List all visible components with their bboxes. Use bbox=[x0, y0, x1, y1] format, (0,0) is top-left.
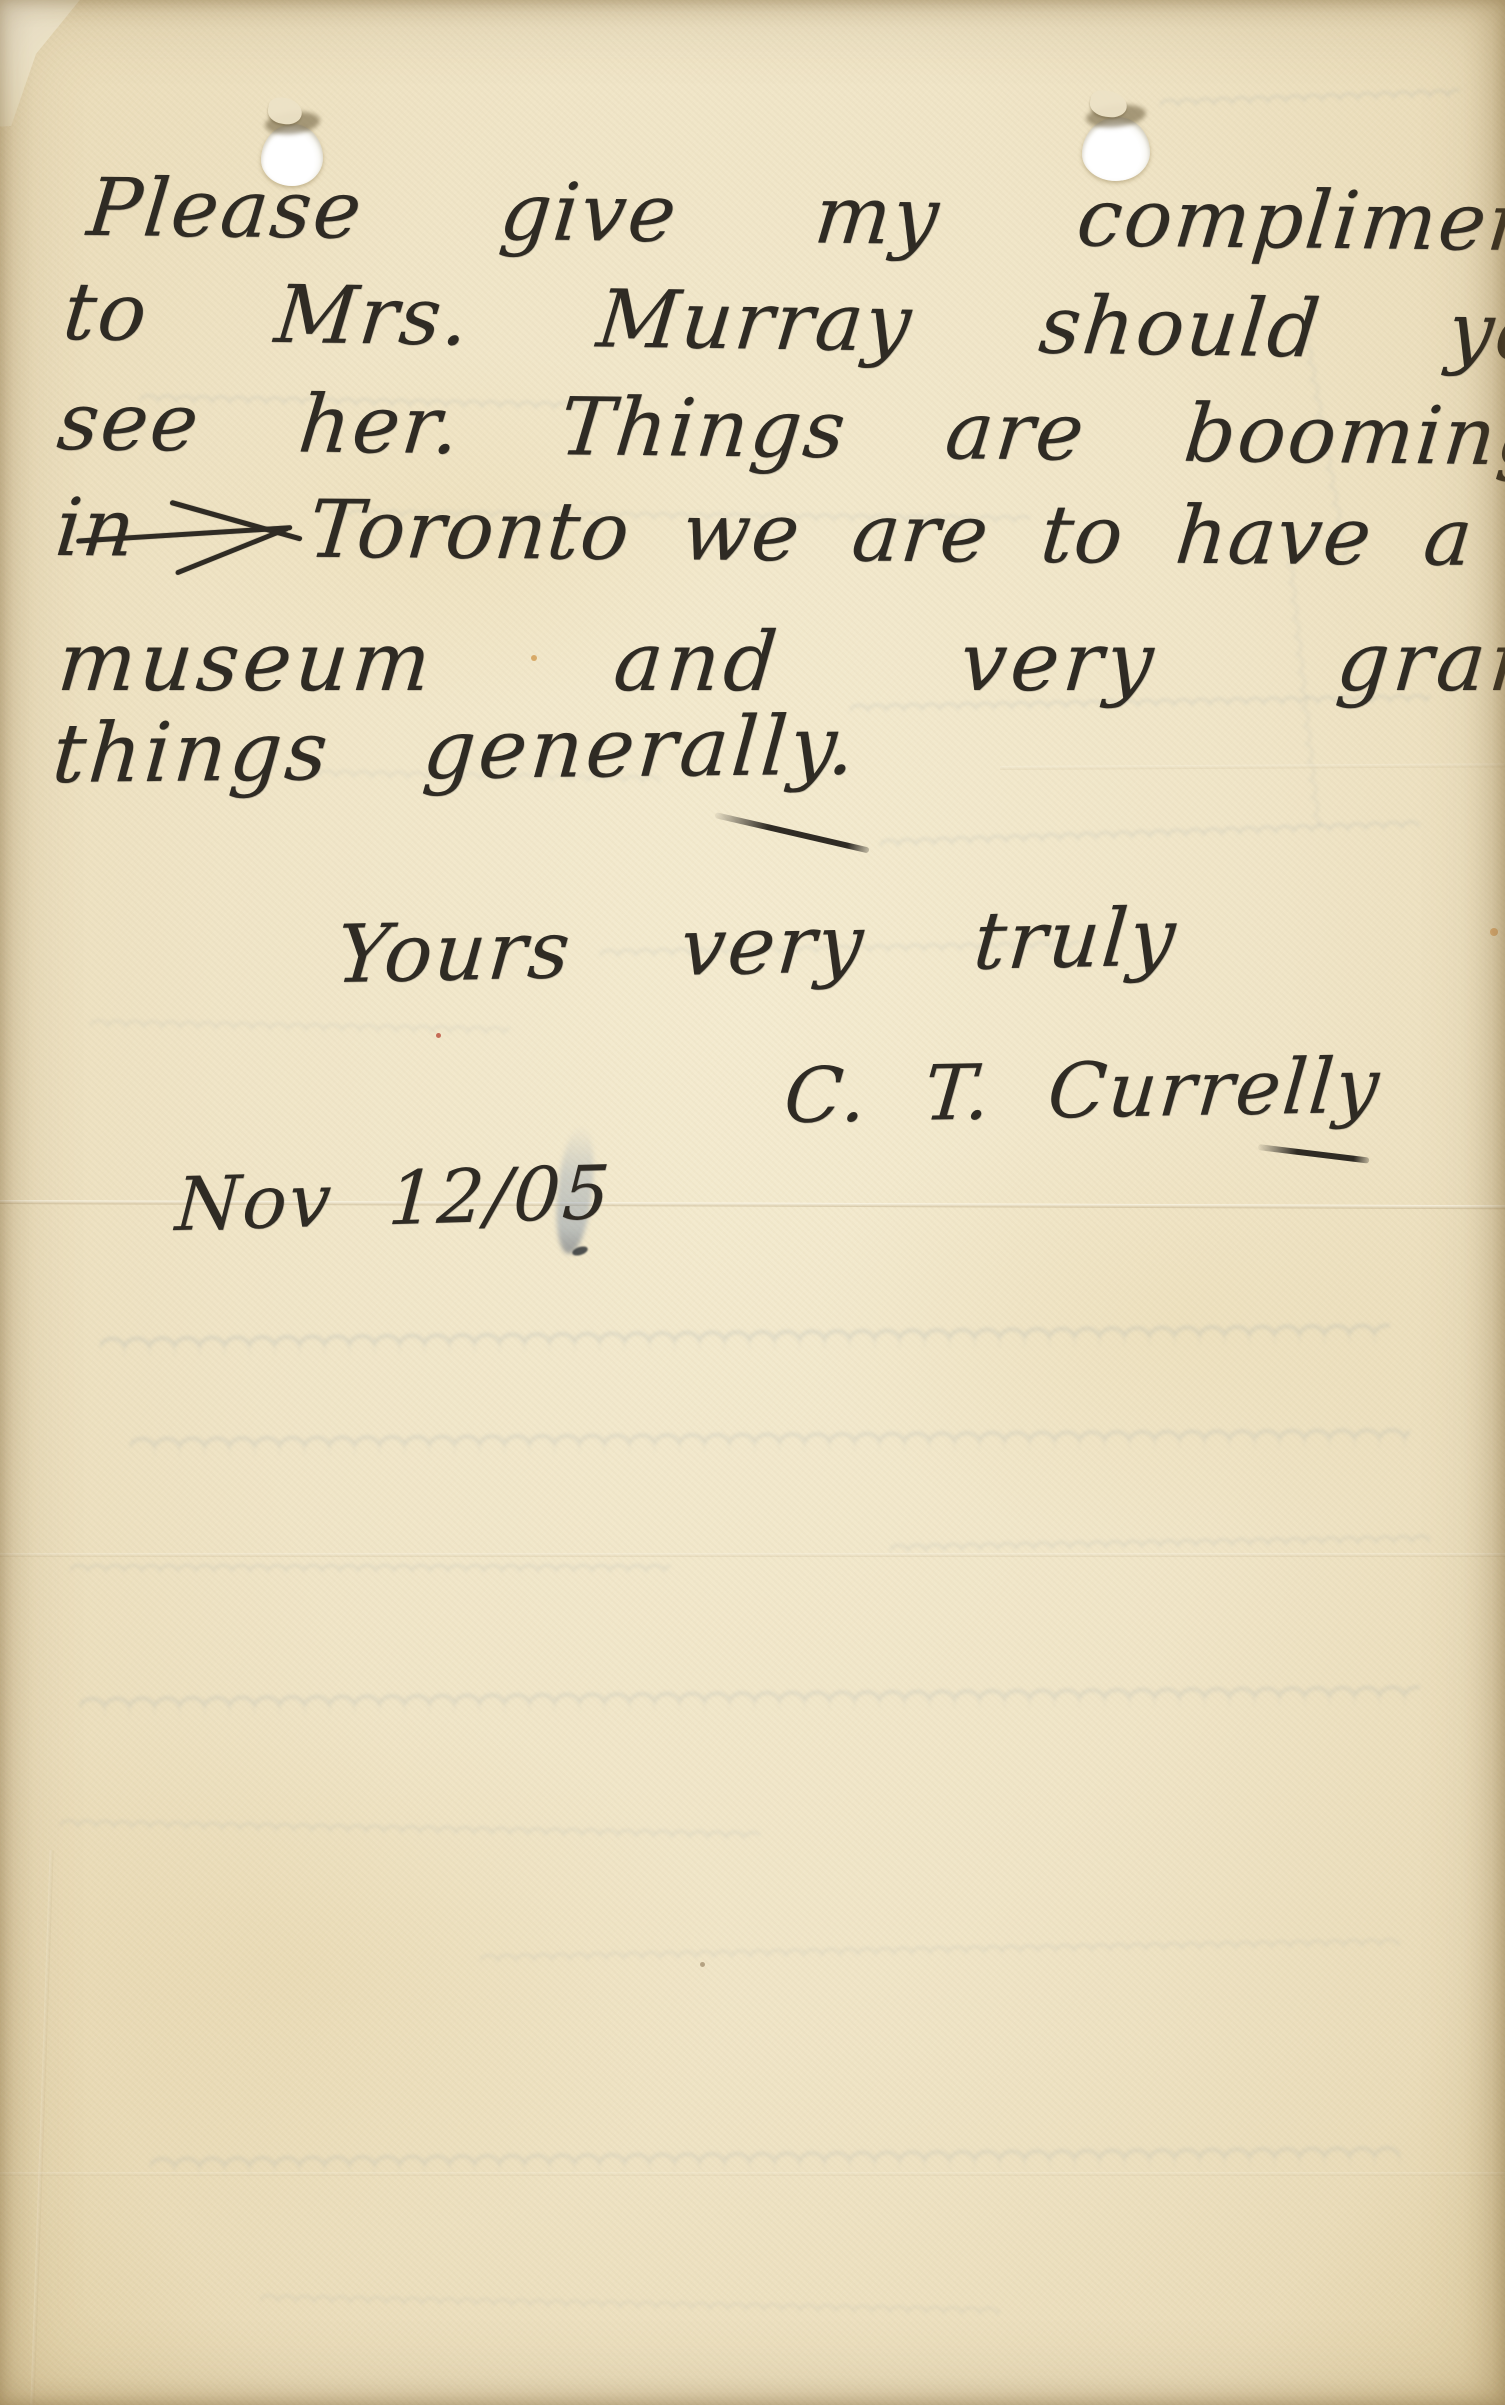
scanned-letter-page: Please give my compliments to Mrs. Murra… bbox=[0, 0, 1505, 2405]
scan-edge-vignette bbox=[0, 0, 1505, 2405]
